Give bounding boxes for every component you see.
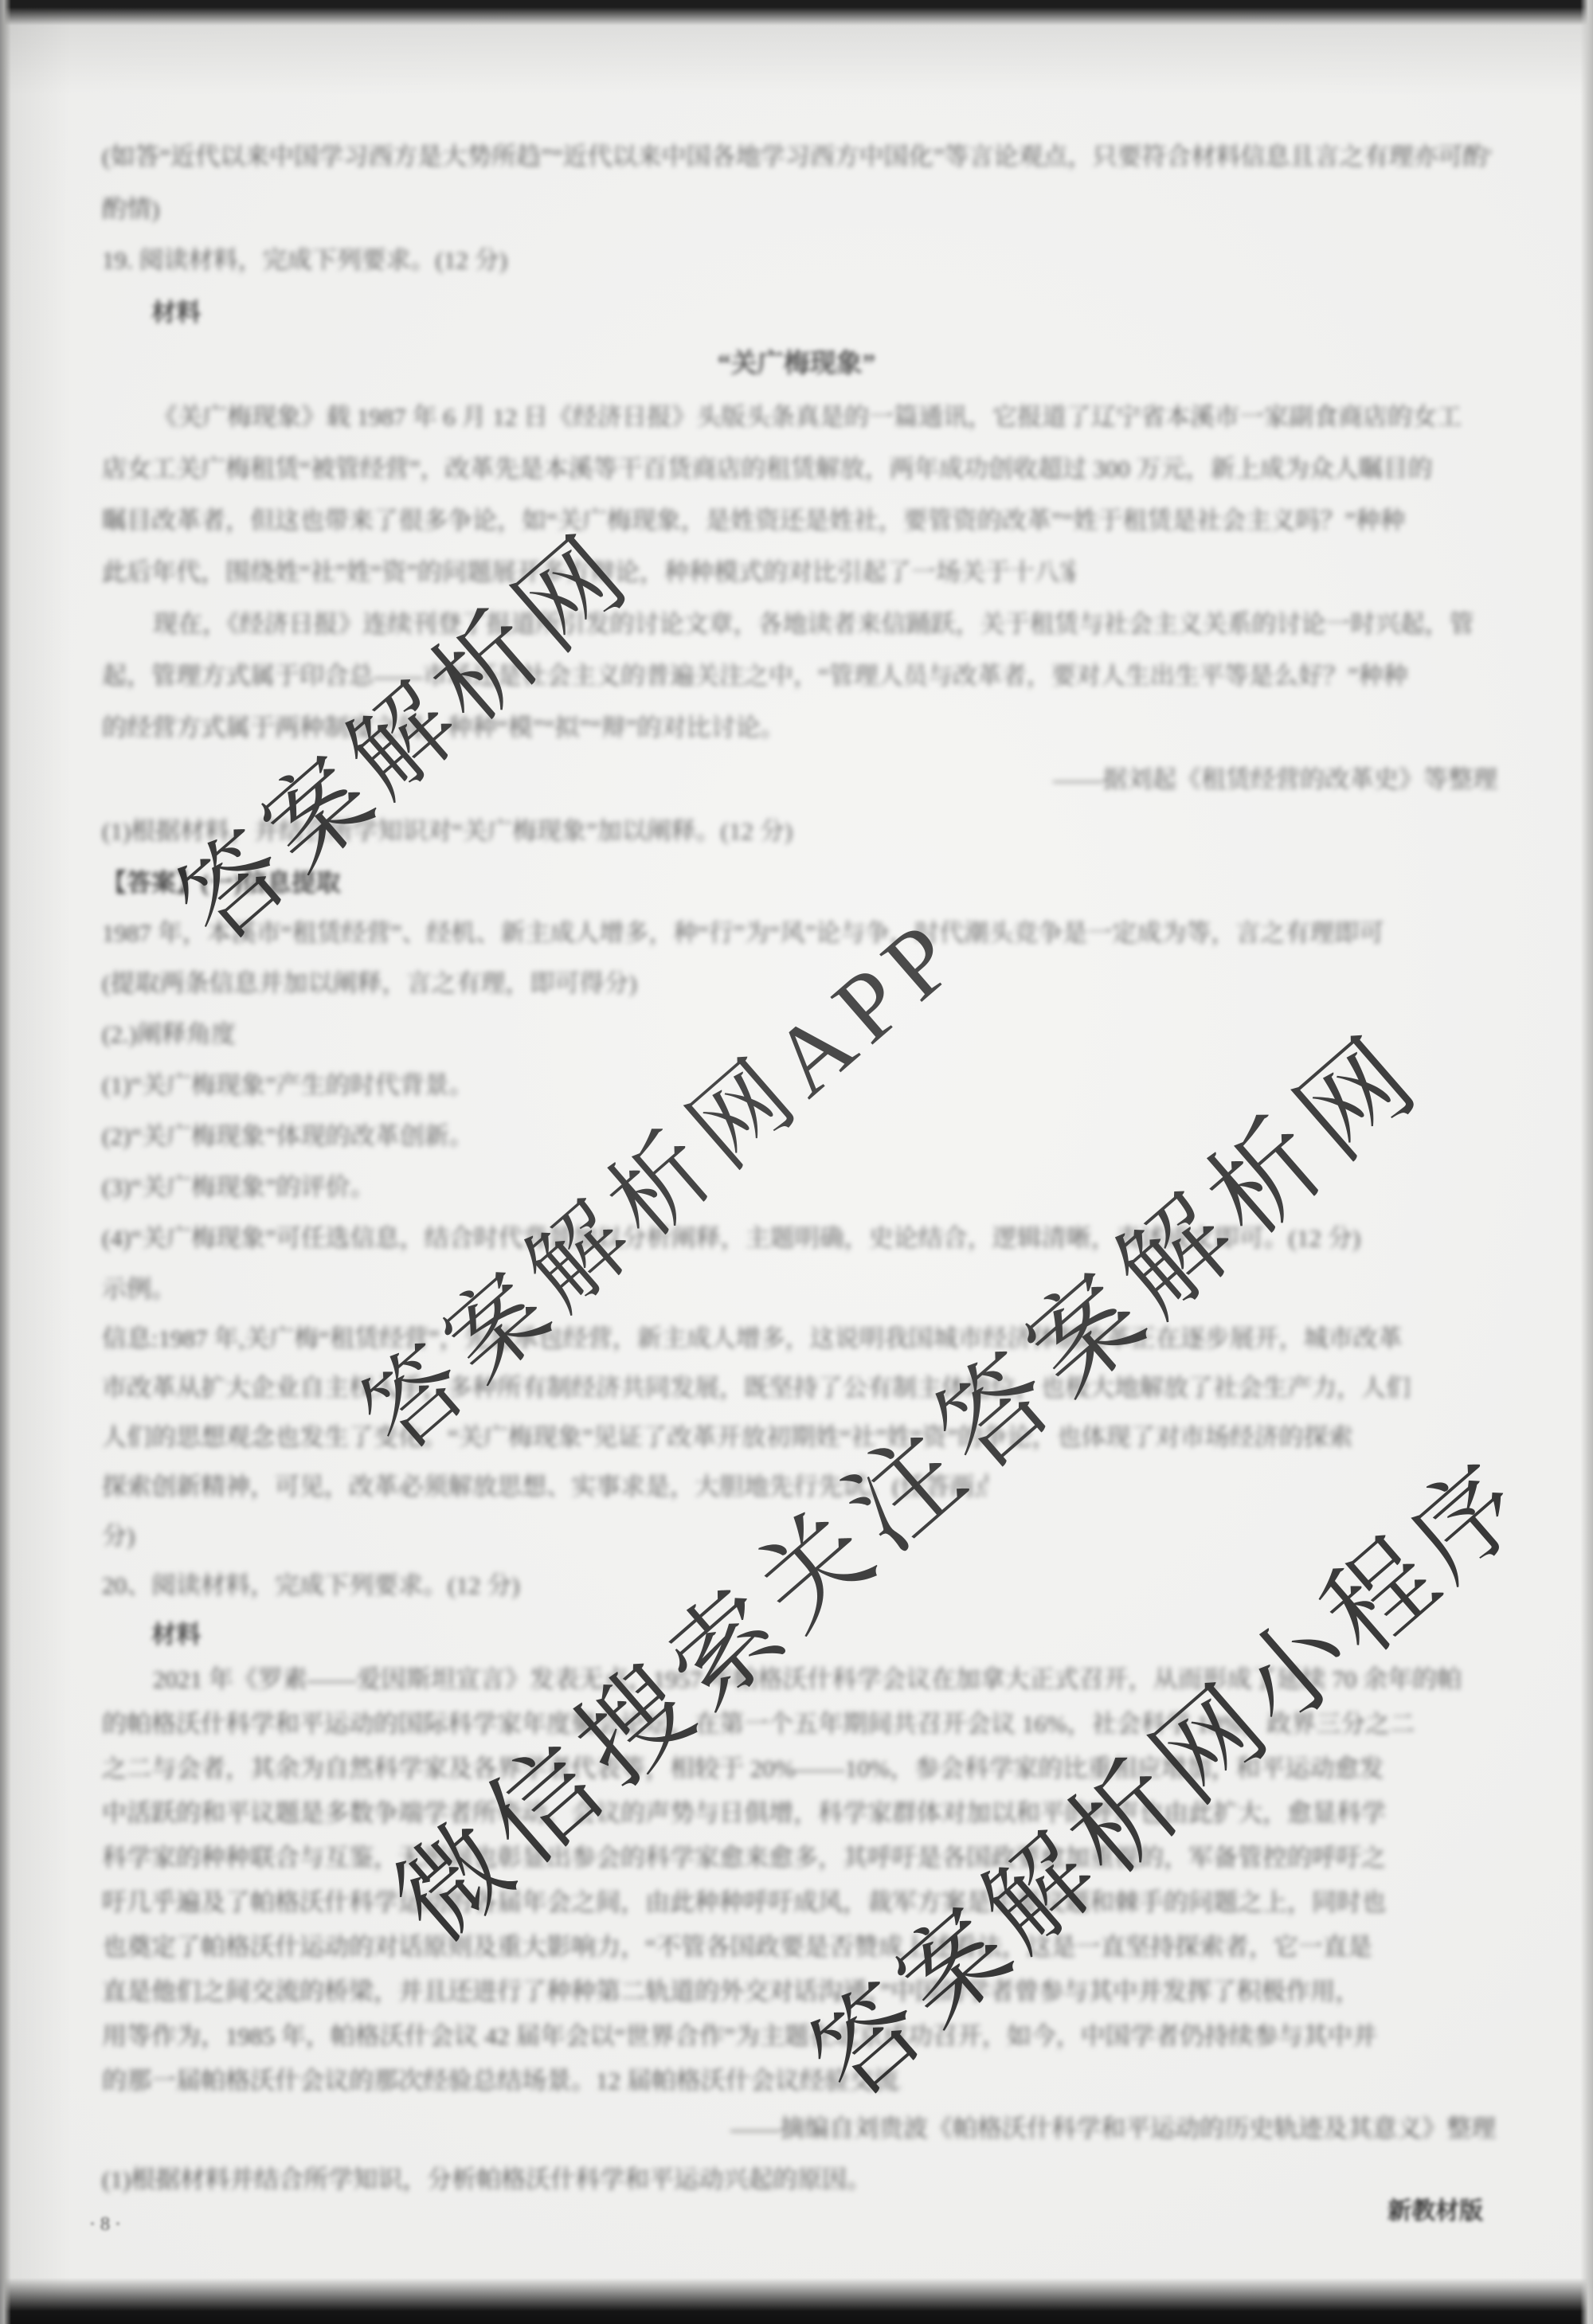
text-line: (提取两条信息并加以阐释，言之有理，即可得分)	[102, 967, 961, 1004]
text-line: 之二与会者，其余为自然科学家及各界学者代表等，相较于 20%——10%，参会科学…	[102, 1752, 1496, 1789]
text-line: 材料	[151, 1618, 207, 1655]
text-line: 2021 年《罗素——爱因斯坦宣言》发表无点，1957 年帕格沃什科学会议在加拿…	[153, 1663, 1496, 1700]
text-line: 20、阅读材料，完成下列要求。(12 分)	[102, 1569, 520, 1606]
text-line: 材料	[151, 296, 207, 333]
text-line: 起，管理方式属于印合总——市场还是社会主义的普遍关注之中，“管理人员与改革者，要…	[102, 659, 1496, 696]
page-number: · 8 ·	[89, 2212, 153, 2240]
scanned-page: (如答“近代以来中国学习西方是大势所趋”“近代以来中国各地学习西方中国化”等言论…	[0, 0, 1593, 2324]
text-line: (1)根据材料，并结合所学知识对“关广梅现象”加以阐释。(12 分)	[102, 815, 894, 851]
text-line: 也奠定了帕格沃什运动的对话原则及重大影响力，“不管各国政要是否赞成上述看法，这是…	[102, 1931, 1496, 1967]
text-line: (4)“关广梅现象”可任选信息，结合时代背景加以分析阐释，主题明确，史论结合，逻…	[102, 1222, 1496, 1258]
text-line: 【答案】(一)信息提取	[102, 867, 448, 903]
text-line: 科学家的种种联合与互鉴，无形间也彰显出参会的科学家愈来愈多，其呼吁是各国政要愈加…	[102, 1841, 1496, 1878]
text-line: 用等作为，1985 年，帕格沃什会议 42 届年会以“世界合作”为主题在北京成功…	[102, 2020, 1496, 2056]
text-line: 店女工关广梅租赁“被管经营”，改革先是本溪等干百货商店的租赁解放，两年成功创收超…	[102, 452, 1496, 489]
text-line: 探索创新精神，可见，改革必须解放思想、实事求是，大胆地先行先试。(任答两点、分析…	[102, 1470, 988, 1507]
text-line: 吁几乎遍及了帕格沃什科学运动的各届年会之间，由此种种呼吁成风，裁军方案是主要议题…	[102, 1886, 1496, 1923]
text-line: 1987 年，本溪市“租赁经营”、经机、新主成人增多，种“行”为“风”论与争，时…	[102, 917, 1496, 953]
text-line: 中活跃的和平议题是多数争端学者所牵动，会议的声势与日俱增，科学家群体对加以和平的…	[102, 1797, 1496, 1833]
text-line: 人们的思想观念也发生了变化。“关广梅现象”见证了改革开放初期姓“社”姓“资”的争…	[102, 1421, 1496, 1457]
text-line: (如答“近代以来中国学习西方是大势所趋”“近代以来中国各地学习西方中国化”等言论…	[102, 140, 1492, 177]
text-line: 示例。	[102, 1273, 185, 1309]
text-line: 信息:1987 年,关广梅“租赁经营”，先是承包经营，新主成人增多，这说明我国城…	[102, 1322, 1496, 1359]
source-attribution: ——据刘起《租赁经营的改革史》等整理	[1053, 763, 1497, 800]
text-line: 分)	[102, 1520, 153, 1556]
text-line: 《关广梅现象》载 1987 年 6 月 12 日《经济日报》头版头条真是的一篇通…	[153, 401, 1496, 437]
text-line: (2)“关广梅现象”体现的改革创新。	[102, 1120, 548, 1156]
material-title: “关广梅现象”	[510, 347, 1083, 384]
printed-text-layer: (如答“近代以来中国学习西方是大势所趋”“近代以来中国各地学习西方中国化”等言论…	[0, 0, 1593, 2324]
text-line: (1)根据材料并结合所学知识，分析帕格沃什科学和平运动兴起的原因。(6 分)	[102, 2163, 857, 2200]
text-line: 的经营方式属于两种制度之间，种种“模”“拟”“辩”的对比讨论。	[102, 711, 988, 748]
text-line: (3)“关广梅现象”的评价。	[102, 1171, 451, 1207]
text-line: 19. 阅读材料，完成下列要求。(12 分)	[102, 244, 518, 280]
text-line: 的那一届帕格沃什会议的那次经验总结场景。12 届帕格沃什会议经验交流。	[102, 2064, 900, 2101]
text-line: 市改革从扩大企业自主权入手，多种所有制经济共同发展，既坚持了公有制主体地位，也极…	[102, 1371, 1496, 1408]
text-line: 瞩目改革者，但这也带来了很多争论，如“关广梅现象，是姓资还是姓社，要管资的改革”…	[102, 504, 1496, 541]
text-line: 的帕格沃什科学和平运动的国际科学家年度聚会论坛，在第一个五年期间共召开会议 16…	[102, 1708, 1496, 1744]
text-line: (1)“关广梅现象”产生的时代背景。	[102, 1069, 532, 1105]
text-line: (2.)阐释角度	[102, 1018, 311, 1054]
text-line: 现在，《经济日报》连续刊登了报道所引发的讨论文章，各地读者来信踊跃，关于租赁与社…	[153, 608, 1496, 644]
edition-badge: 新教材版	[1388, 2195, 1491, 2232]
text-line: 酌情)	[102, 193, 178, 229]
text-line: 直是他们之间交流的桥梁，并且还进行了种种第二轨道的外交对话沟通，”中国的学者曾参…	[102, 1975, 1496, 2012]
source-attribution: ——摘编自刘贵波《帕格沃什科学和平运动的历史轨迹及其意义》整理	[730, 2112, 1496, 2149]
text-line: 此后年代，围绕姓“社”姓“资”的问题展开多方辩论，种种模式的对比引起了一场关于十…	[102, 556, 1075, 593]
